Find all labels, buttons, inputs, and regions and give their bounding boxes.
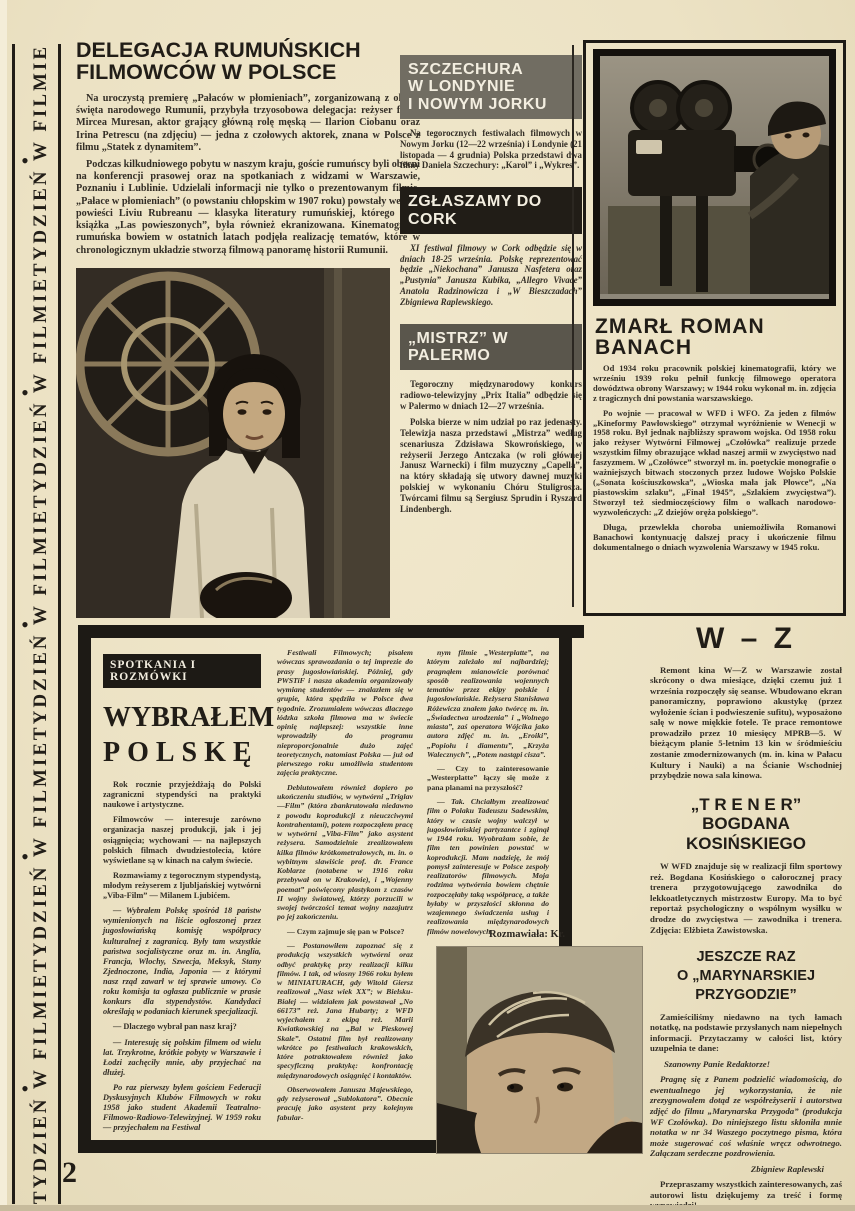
paragraph: Remont kina W—Z w Warszawie został skróc… <box>650 665 842 781</box>
title-line: KOSIŃSKIEGO <box>650 834 842 854</box>
interview-question: — Dlaczego wybrał pan nasz kraj? <box>103 1022 261 1032</box>
letter-body: Pragnę się z Panem podzielić wiadomością… <box>650 1074 842 1158</box>
paragraph: Polska bierze w nim udział po raz jedena… <box>400 417 582 515</box>
paragraph: — Tak. Chciałbym zrealizować film o Pola… <box>427 797 549 936</box>
brief-title-line: ZGŁASZAMY DO CORK <box>408 193 542 227</box>
sidebar-title: •TYDZIEŃ W FILMIE <box>20 972 52 1204</box>
title-line: JESZCZE RAZ <box>650 948 842 967</box>
paragraph: Od 1934 roku pracownik polskiej kinemato… <box>593 364 836 404</box>
brief-title-line: W LONDYNIE <box>408 78 574 95</box>
actress-photo-art <box>76 268 390 618</box>
paragraph: nym filmie „Westerplatte”, na którym zal… <box>427 648 549 759</box>
paragraph: Tegoroczny międzynarodowy konkurs radiow… <box>400 379 582 412</box>
cameraman-photo <box>593 49 836 306</box>
paragraph: XI festiwal filmowy w Cork odbędzie się … <box>400 243 582 308</box>
news-briefs-column: SZCZECHURA W LONDYNIE I NOWYM JORKU Na t… <box>400 55 582 520</box>
column-divider-rule <box>572 45 574 607</box>
interview-column-1: SPOTKANIA I ROZMÓWKI WYBRAŁEM POLSKĘ Rok… <box>103 654 261 1139</box>
paragraph: Długa, przewlekła choroba uniemożliwiła … <box>593 523 836 553</box>
brief-mistrz-header: „MISTRZ” W PALERMO <box>400 324 582 371</box>
paragraph: Zamieściliśmy niedawno na tych łamach no… <box>650 1012 842 1054</box>
paragraph: Po raz pierwszy byłem gościem Federacji … <box>103 1083 261 1134</box>
paragraph: — Postanowiłem zapoznać się z produkcją … <box>277 941 413 1080</box>
sidebar-title: •TYDZIEŃ W FILMIE <box>20 740 52 972</box>
sidebar-title: •TYDZIEŃ W FILMIE <box>20 44 52 276</box>
sidebar-rule-right <box>58 44 61 1204</box>
brief-title-line: SZCZECHURA <box>408 61 574 78</box>
brief-szczechura-header: SZCZECHURA W LONDYNIE I NOWYM JORKU <box>400 55 582 119</box>
sidebar-title: •TYDZIEŃ W FILMIE <box>20 508 52 740</box>
page-number: 2 <box>62 1156 77 1190</box>
paragraph: Obserwowałem Janusza Majewskiego, gdy re… <box>277 1085 413 1122</box>
paragraph: Rok rocznie przyjeżdżają do Polski zagra… <box>103 780 261 810</box>
interview-column-3: nym filmie „Westerplatte”, na którym zal… <box>427 648 549 941</box>
paragraph: Na uroczystą premierę „Pałaców w płomien… <box>76 93 420 154</box>
interview-column-2: Festiwali Filmowych; pisałem wówczas spr… <box>277 648 413 1134</box>
interview-question: — Czym zajmuje się pan w Polsce? <box>277 927 413 936</box>
interview-title-line2: POLSKĘ <box>103 735 261 770</box>
sidebar-rule-left <box>12 44 15 1204</box>
brief-cork-header: ZGŁASZAMY DO CORK <box>400 187 582 234</box>
paragraph: Podczas kilkudniowego pobytu w naszym kr… <box>76 159 420 257</box>
paragraph: Po wojnie — pracował w WFD i WFO. Za jed… <box>593 409 836 518</box>
bullet-icon: • <box>21 156 29 166</box>
article-delegacja: DELEGACJA RUMUŃSKICH FILMOWCÓW W POLSCE … <box>76 40 420 262</box>
article-title-marynarska: JESZCZE RAZ O „MARYNARSKIEJ PRZYGODZIE” <box>650 948 842 1005</box>
sidebar-title: •TYDZIEŃ W FILMIE <box>20 276 52 508</box>
paragraph: Debiutowałem również dopiero po ukończen… <box>277 783 413 922</box>
article-title-trener: „T R E N E R” BOGDANA KOSIŃSKIEGO <box>650 795 842 854</box>
article-title: DELEGACJA RUMUŃSKICH FILMOWCÓW W POLSCE <box>76 40 420 84</box>
cameraman-photo-art <box>600 56 829 294</box>
paragraph: — Wybrałem Polskę spośród 18 państw wymi… <box>103 906 261 1017</box>
title-line: O „MARYNARSKIEJ PRZYGODZIE” <box>650 967 842 1005</box>
article-title: ZMARŁ ROMAN BANACH <box>595 316 836 359</box>
letter-signature: Zbigniew Raplewski <box>650 1164 842 1175</box>
interview-question: — Czy to zainteresowanie „Westerplatte” … <box>427 764 549 792</box>
scan-left-edge <box>0 0 7 1211</box>
interviewee-photo-art <box>437 947 642 1153</box>
bullet-icon: • <box>21 1084 29 1094</box>
bottom-right-column: W – Z Remont kina W—Z w Warszawie został… <box>650 624 842 1211</box>
article-banach: ZMARŁ ROMAN BANACH Od 1934 roku pracowni… <box>583 40 846 616</box>
frame-bar-extension <box>570 625 584 638</box>
title-line: „T R E N E R” <box>650 795 842 815</box>
scan-bottom-edge <box>0 1205 855 1211</box>
section-label: SPOTKANIA I ROZMÓWKI <box>103 654 261 688</box>
paragraph: Filmowców — interesuje zarówno organizac… <box>103 815 261 866</box>
interviewee-photo <box>437 947 642 1153</box>
paragraph: Rozmawiamy z tegorocznym stypendystą, mł… <box>103 871 261 901</box>
title-line: BOGDANA <box>650 814 842 834</box>
article-title-wz: W – Z <box>650 624 842 655</box>
bullet-icon: • <box>21 852 29 862</box>
brief-title-line: I NOWYM JORKU <box>408 96 574 113</box>
paragraph: Festiwali Filmowych; pisałem wówczas spr… <box>277 648 413 778</box>
actress-photo <box>76 268 390 618</box>
paragraph: Na tegorocznych festiwalach filmowych w … <box>400 128 582 171</box>
brief-title-line: „MISTRZ” W PALERMO <box>408 330 508 364</box>
bullet-icon: • <box>21 388 29 398</box>
interview-title-line1: WYBRAŁEM <box>103 700 261 735</box>
paragraph: W WFD znajduje się w realizacji film spo… <box>650 861 842 935</box>
sidebar-title-strip: •TYDZIEŃ W FILMIE •TYDZIEŃ W FILMIE •TYD… <box>16 44 56 1204</box>
letter-salutation: Szanowny Panie Redaktorze! <box>650 1059 842 1070</box>
interview-byline: Rozmawiała: Kr. <box>452 929 602 940</box>
paragraph: — Interesuję się polskim filmem od wielu… <box>103 1038 261 1078</box>
bullet-icon: • <box>21 620 29 630</box>
